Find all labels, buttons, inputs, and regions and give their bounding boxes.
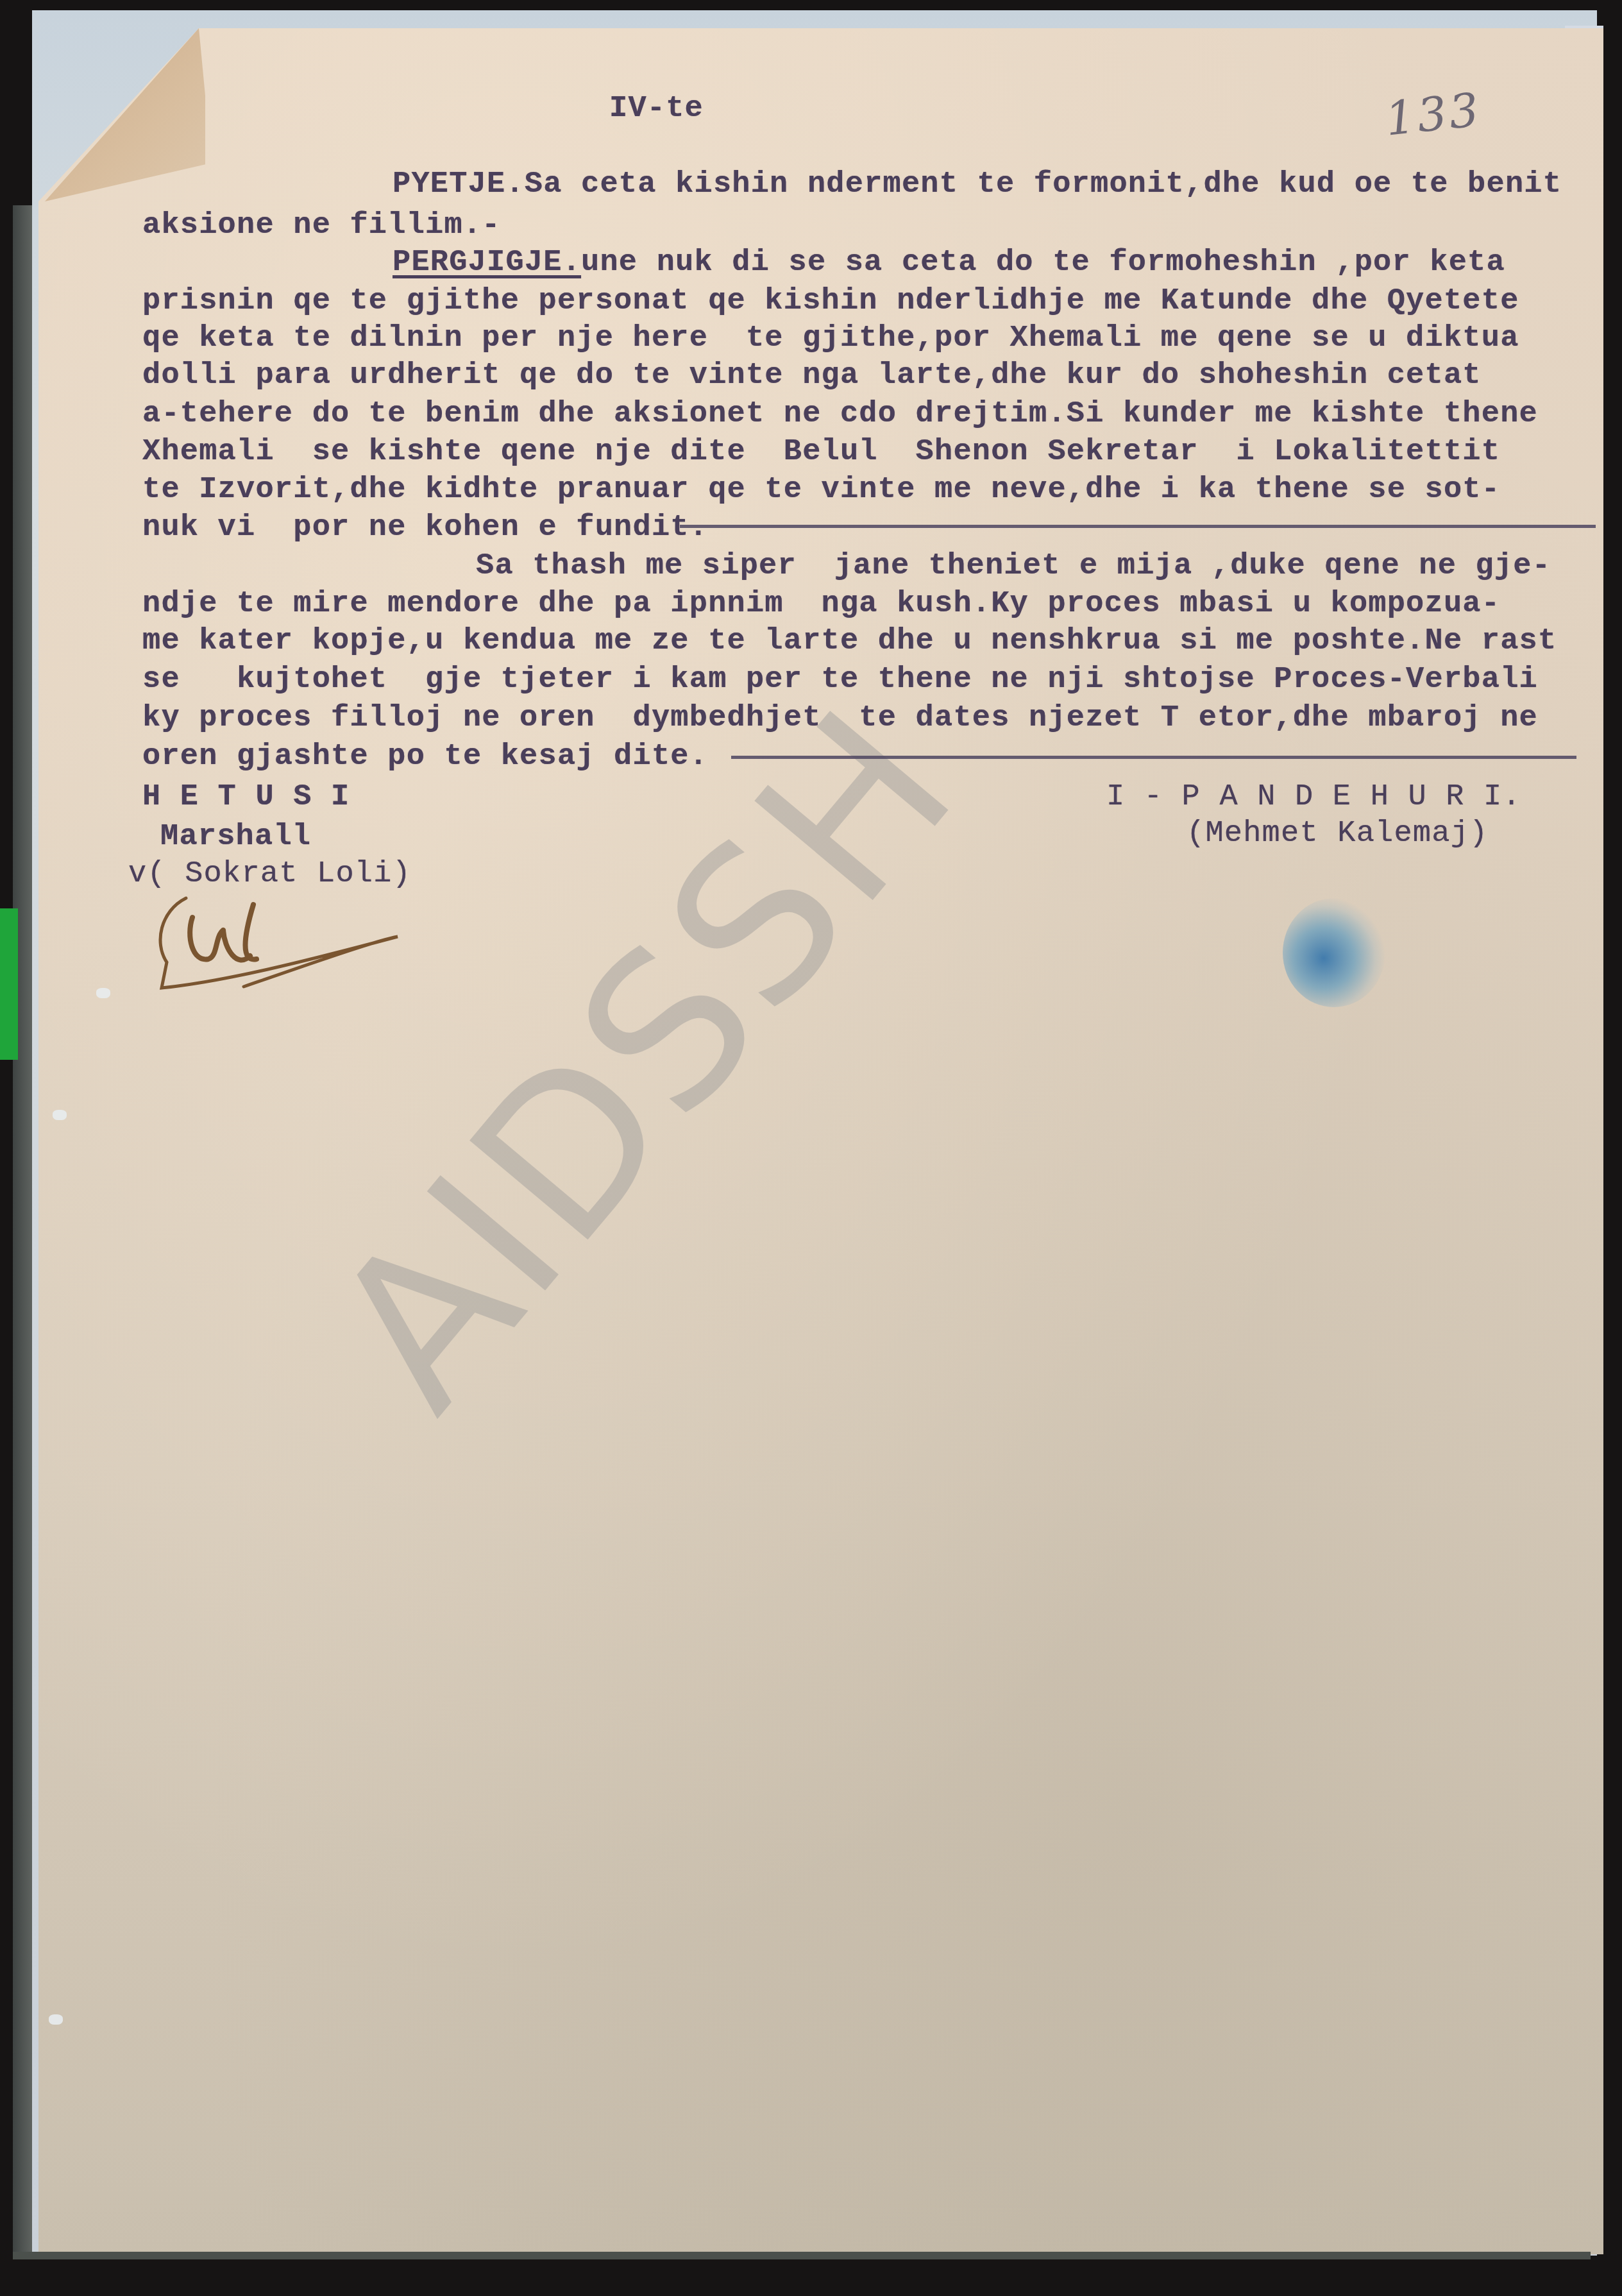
answer-label: PERGJIGJE. — [393, 246, 581, 280]
closing-line-4: se kujtohet gje tjeter i kam per te then… — [142, 661, 1538, 699]
answer-line-8: nuk vi por ne kohen e fundit. — [142, 509, 708, 547]
closing-end-rule — [731, 756, 1576, 759]
answer-end-rule — [680, 525, 1596, 528]
defendant-title: I - P A N D E H U R I. — [1106, 778, 1521, 816]
closing-line-3: me kater kopje,u kendua me ze te larte d… — [142, 622, 1557, 660]
answer-line-2: prisnin qe te gjithe personat qe kishin … — [142, 282, 1519, 320]
answer-line-3: qe keta te dilnin per nje here te gjithe… — [142, 319, 1519, 357]
answer-line-1: PERGJIGJE.une nuk di se sa ceta do te fo… — [393, 244, 1505, 282]
question-label: PYETJE. — [393, 167, 525, 201]
closing-line-6: oren gjashte po te kesaj dite. — [142, 738, 708, 776]
fingerprint-stamp — [1283, 898, 1385, 1007]
scan-bottom-edge — [13, 2252, 1591, 2259]
closing-line-1: Sa thash me siper jane theniet e mija ,d… — [476, 547, 1551, 585]
question-line-2: aksione ne fillim.- — [142, 207, 501, 244]
question-text: Sa ceta kishin nderment te formonit,dhe … — [525, 167, 1562, 201]
defendant-name: (Mehmet Kalemaj) — [1187, 815, 1488, 853]
closing-line-2: ndje te mire mendore dhe pa ipnnim nga k… — [142, 585, 1500, 623]
answer-line-5: a-tehere do te benim dhe aksionet ne cdo… — [142, 395, 1538, 433]
investigator-title: H E T U S I — [142, 778, 350, 816]
paper-damage-mark — [49, 2014, 63, 2025]
question-line-1: PYETJE.Sa ceta kishin nderment te formon… — [393, 166, 1562, 203]
answer-text: une nuk di se sa ceta do te formoheshin … — [581, 246, 1505, 280]
handwritten-page-number: 133 — [1383, 82, 1483, 146]
scan-color-strip — [0, 908, 18, 1060]
investigator-name: v( Sokrat Loli) — [128, 855, 411, 893]
paper-damage-mark — [96, 988, 110, 998]
section-heading: IV-te — [609, 90, 704, 128]
investigator-signature — [148, 892, 430, 1007]
paper-damage-mark — [53, 1110, 67, 1120]
answer-line-6: Xhemali se kishte qene nje dite Belul Sh… — [142, 433, 1500, 471]
investigator-rank: Marshall — [160, 818, 311, 856]
closing-line-5: ky proces filloj ne oren dymbedhjet te d… — [142, 699, 1538, 737]
answer-line-7: te Izvorit,dhe kidhte pranuar qe te vint… — [142, 471, 1500, 509]
answer-line-4: dolli para urdherit qe do te vinte nga l… — [142, 357, 1482, 395]
